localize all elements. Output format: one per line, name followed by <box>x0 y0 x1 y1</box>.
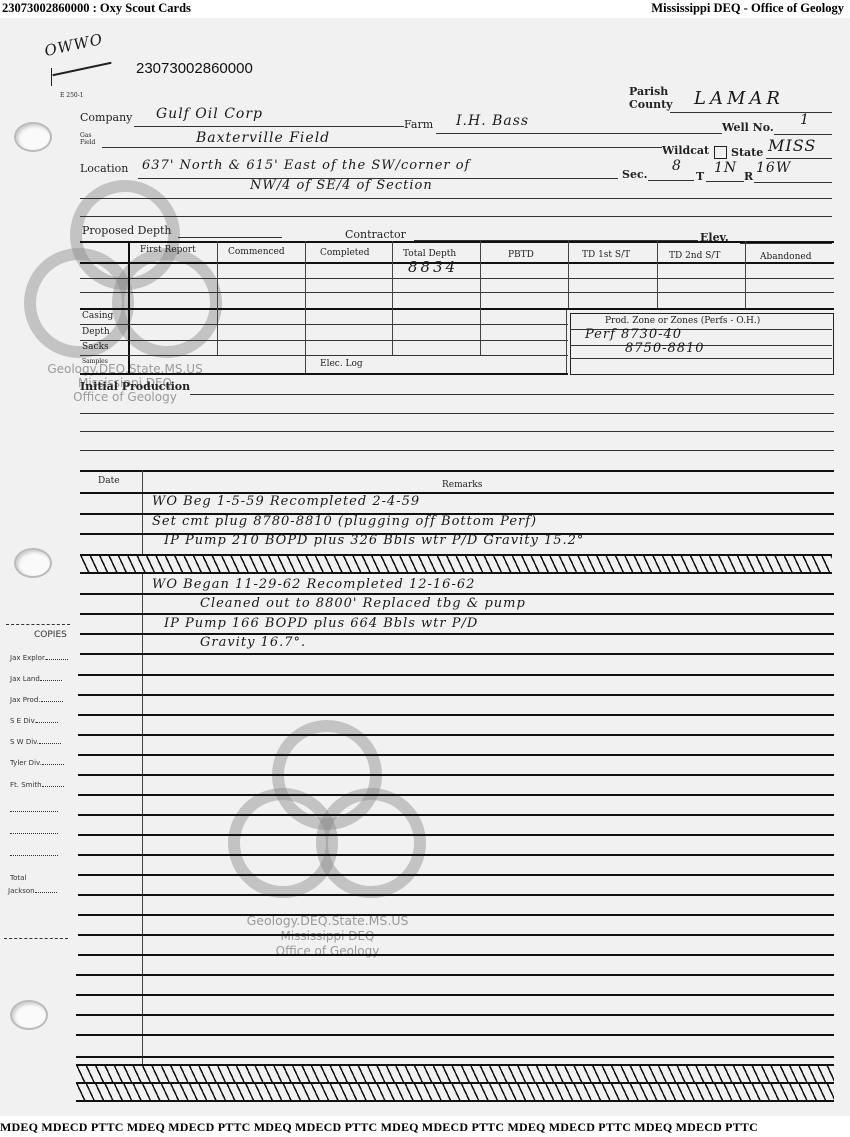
copies-item: Jax Explor. <box>10 654 68 662</box>
farm-value: I.H. Bass <box>456 113 529 129</box>
company-label: Company <box>80 111 132 124</box>
state-value: MISS <box>768 136 816 155</box>
header-commenced: Commenced <box>228 247 285 257</box>
hatched-separator <box>76 1082 834 1102</box>
footer-banner: MDEQ MDECD PTTC MDEQ MDECD PTTC MDEQ MDE… <box>0 1118 850 1137</box>
r-label: R <box>744 170 753 183</box>
wildcat-checkbox[interactable] <box>714 146 727 159</box>
elec-log-label: Elec. Log <box>320 359 363 369</box>
prod-zone-label: Prod. Zone or Zones (Perfs - O.H.) <box>605 316 760 326</box>
hatched-separator <box>80 554 832 574</box>
ruled-line <box>80 431 834 432</box>
form-number: E 250-1 <box>60 92 84 99</box>
watermark-text-1: Geology.DEQ.State.MS.US <box>230 914 425 928</box>
remark-line: Gravity 16.7°. <box>200 635 306 650</box>
proposed-depth-underline <box>178 237 282 238</box>
punch-hole <box>10 1000 48 1030</box>
copies-item: Tyler Div. <box>10 759 64 767</box>
copies-item: Jax Prod. <box>10 696 63 704</box>
document-title: 23073002860000 : Oxy Scout Cards <box>2 0 191 17</box>
date-label: Date <box>98 476 120 486</box>
remark-line: Set cmt plug 8780-8810 (plugging off Bot… <box>152 514 537 529</box>
header-completed: Completed <box>320 248 370 258</box>
t-value: 1N <box>714 160 737 176</box>
copies-item: Jackson <box>8 887 57 895</box>
farm-label: Farm <box>404 118 433 131</box>
depth-label: Depth <box>82 327 110 337</box>
sacks-label: Sacks <box>82 342 109 352</box>
farm-underline <box>436 133 722 134</box>
hatched-separator <box>76 1064 834 1084</box>
location-line2-underline <box>80 198 832 199</box>
scout-card: Geology.DEQ.State.MS.US Mississippi DEQ … <box>0 18 850 1116</box>
source-title: Mississippi DEQ - Office of Geology <box>651 0 844 17</box>
owwo-annotation: OWWO <box>43 30 105 60</box>
sec-underline <box>648 180 694 181</box>
copies-item: Jax Land <box>10 675 62 683</box>
watermark-text-2: Mississippi DEQ <box>230 929 425 943</box>
ruled-line <box>80 450 834 451</box>
copies-item: Total <box>10 874 26 882</box>
copies-item <box>10 850 58 858</box>
initial-production-label: Initial Production <box>80 380 190 393</box>
sec-value: 8 <box>672 158 682 174</box>
casing-label: Casing <box>82 311 113 321</box>
copies-divider <box>4 938 68 940</box>
wildcat-label: Wildcat <box>662 144 709 157</box>
prod-zone-line1: Perf 8730-40 <box>585 327 682 342</box>
location-line2: NW/4 of SE/4 of Section <box>250 178 433 193</box>
remark-line: WO Began 11-29-62 Recompleted 12-16-62 <box>152 577 475 592</box>
county-value: LAMAR <box>694 88 784 109</box>
initial-production-underline <box>190 394 834 395</box>
well-no-value: 1 <box>800 112 810 128</box>
proposed-depth-label: Proposed Depth <box>82 224 172 237</box>
field-underline <box>102 147 662 148</box>
ruled-line <box>80 470 834 472</box>
contractor-label: Contractor <box>345 228 406 241</box>
header-td-2nd-st: TD 2nd S/T <box>669 251 720 261</box>
company-underline <box>134 126 404 127</box>
state-label: State <box>731 146 763 159</box>
gas-label: Gas <box>80 132 91 139</box>
remark-line: IP Pump 210 BOPD plus 326 Bbls wtr P/D G… <box>164 533 584 548</box>
ruled-line <box>80 413 834 414</box>
copies-title: COPIES <box>34 630 67 640</box>
divider <box>80 216 832 217</box>
header-abandoned: Abandoned <box>760 252 812 262</box>
parish-label: Parish <box>629 85 668 98</box>
t-label: T <box>696 170 704 183</box>
prod-zone-line2: 8750-8810 <box>625 341 705 356</box>
state-underline <box>766 158 832 159</box>
total-depth-value: 8834 <box>408 258 458 276</box>
r-value: 16W <box>756 160 791 176</box>
annotation-stroke <box>51 68 52 86</box>
well-no-label: Well No. <box>722 121 774 134</box>
annotation-stroke <box>52 62 111 76</box>
remark-line: Cleaned out to 8800' Replaced tbg & pump <box>200 596 526 611</box>
remarks-label: Remarks <box>442 480 482 490</box>
field-value: Baxterville Field <box>196 130 330 146</box>
header-first-report: First Report <box>140 245 196 255</box>
elev-underline <box>740 243 832 244</box>
copies-divider <box>6 624 70 626</box>
copies-item <box>10 806 58 814</box>
remark-line: WO Beg 1-5-59 Recompleted 2-4-59 <box>152 494 420 509</box>
copies-item: S E Div. <box>10 717 58 725</box>
location-label: Location <box>80 162 128 175</box>
header-td-1st-st: TD 1st S/T <box>582 250 630 260</box>
copies-item <box>10 828 58 836</box>
county-label: County <box>629 98 673 111</box>
company-value: Gulf Oil Corp <box>156 106 263 122</box>
api-number: 23073002860000 <box>136 60 253 77</box>
well-no-underline <box>774 134 832 135</box>
remark-line: IP Pump 166 BOPD plus 664 Bbls wtr P/D <box>164 616 478 631</box>
copies-item: S W Div. <box>10 738 61 746</box>
header-pbtd: PBTD <box>508 250 534 260</box>
r-underline <box>754 182 832 183</box>
copies-item: Ft. Smith <box>10 781 64 789</box>
t-underline <box>706 181 744 182</box>
samples-label: Samples <box>82 358 108 365</box>
field-label: Field <box>80 139 95 146</box>
punch-hole <box>14 122 52 152</box>
location-line1: 637' North & 615' East of the SW/corner … <box>142 158 470 173</box>
punch-hole <box>14 548 52 578</box>
sec-label: Sec. <box>622 168 647 181</box>
